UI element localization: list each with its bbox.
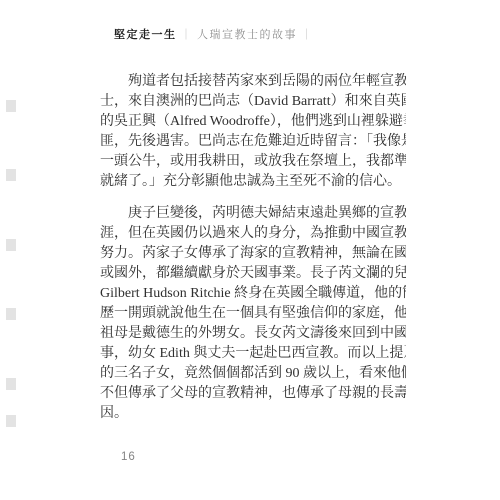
text-line: 的三名子女，竟然個個都活到 90 歲以上，看來他們	[100, 364, 406, 384]
text-line: 努力。芮家子女傳承了海家的宣教精神，無論在國內	[100, 244, 406, 264]
text-line: 祖母是戴德生的外甥女。長女芮文濤後來回到中國服	[100, 324, 406, 344]
text-line: 不但傳承了父母的宣教精神，也傳承了母親的長壽基	[100, 384, 406, 404]
page-edge-mark	[6, 378, 16, 390]
header-separator: ｜	[181, 29, 194, 41]
text-line: 事，幼女 Edith 與丈夫一起赴巴西宣教。而以上提及	[100, 344, 406, 364]
text-line: 或國外，都繼續獻身於天國事業。長子芮文瀾的兒子	[100, 264, 406, 284]
page-edge-mark	[6, 239, 16, 251]
running-header: 堅定走一生｜人瑞宣教士的故事｜	[114, 28, 318, 42]
page-edge-mark	[6, 415, 16, 427]
header-subtitle: 人瑞宣教士的故事	[197, 29, 297, 41]
text-line: 涯，但在英國仍以過來人的身分，為推動中國宣教而	[100, 224, 406, 244]
paragraph: 殉道者包括接替芮家來到岳陽的兩位年輕宣教士，來自澳洲的巴尚志（David Bar…	[100, 72, 406, 192]
page-edge-mark	[6, 308, 16, 320]
text-line: 一頭公牛，或用我耕田，或放我在祭壇上，我都準備	[100, 152, 406, 172]
text-line: 歷一開頭就說他生在一個具有堅強信仰的家庭，他的	[100, 304, 406, 324]
text-line: 士，來自澳洲的巴尚志（David Barratt）和來自英國	[100, 92, 406, 112]
page-number: 16	[121, 451, 136, 463]
text-line: 因。	[100, 404, 406, 424]
text-line: 的吳正興（Alfred Woodroffe），他們逃到山裡躲避拳	[100, 112, 406, 132]
header-separator-end: ｜	[301, 29, 314, 41]
text-line: 庚子巨變後，芮明德夫婦結束遠赴異鄉的宣教生	[100, 204, 406, 224]
text-line: Gilbert Hudson Ritchie 終身在英國全職傳道，他的簡	[100, 284, 406, 304]
text-line: 殉道者包括接替芮家來到岳陽的兩位年輕宣教	[100, 72, 406, 92]
header-book-title: 堅定走一生	[114, 29, 177, 41]
page-edge-mark	[6, 100, 16, 112]
book-page: 堅定走一生｜人瑞宣教士的故事｜ 殉道者包括接替芮家來到岳陽的兩位年輕宣教士，來自…	[0, 0, 500, 500]
page-edge-mark	[6, 169, 16, 181]
text-line: 就緒了。」充分彰顯他忠誠為主至死不渝的信心。	[100, 172, 406, 192]
body-text: 殉道者包括接替芮家來到岳陽的兩位年輕宣教士，來自澳洲的巴尚志（David Bar…	[100, 72, 406, 424]
paragraph: 庚子巨變後，芮明德夫婦結束遠赴異鄉的宣教生涯，但在英國仍以過來人的身分，為推動中…	[100, 204, 406, 424]
text-line: 匪，先後遇害。巴尚志在危難迫近時留言：「我像是	[100, 132, 406, 152]
